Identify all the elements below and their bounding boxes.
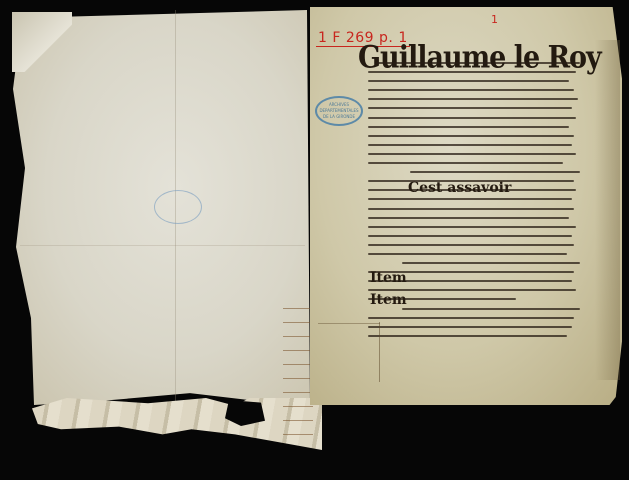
faded-stamp-icon [154, 190, 202, 224]
folded-corner [12, 12, 72, 72]
text-line [368, 326, 572, 328]
text-line [368, 153, 576, 155]
text-line [368, 117, 576, 119]
folio-number: 1 [491, 13, 498, 26]
archive-stamp-icon: ARCHIVES DEPARTEMENTALES DE LA GIRONDE [315, 96, 363, 126]
text-line [368, 80, 569, 82]
text-line [368, 226, 576, 228]
marginal-note [283, 300, 313, 440]
section-label: Cest assavoir [408, 180, 511, 196]
text-line [402, 262, 580, 264]
text-line [368, 198, 572, 200]
horizontal-crease [20, 245, 305, 246]
text-line [368, 317, 574, 319]
text-line [368, 253, 567, 255]
text-line [368, 335, 567, 337]
page-edge-shade [595, 40, 620, 380]
text-line [368, 144, 572, 146]
text-line [368, 107, 572, 109]
text-line [368, 71, 576, 73]
text-line [368, 235, 572, 237]
ruling-line [318, 323, 380, 324]
ruling-line [379, 322, 380, 382]
text-line [368, 135, 574, 137]
text-line [376, 62, 580, 64]
text-line [368, 208, 574, 210]
section-label: Item [370, 270, 407, 286]
text-line [368, 89, 574, 91]
text-line [368, 98, 578, 100]
scan-background: 1 F 269 p. 1 1 Guillaume le Roy ARCHIVES… [0, 0, 629, 480]
text-line [368, 217, 569, 219]
text-line [368, 162, 563, 164]
text-line [402, 308, 580, 310]
text-line [410, 171, 580, 173]
text-line [368, 126, 569, 128]
text-line [368, 244, 574, 246]
torn-bottom-edge [32, 398, 322, 450]
section-label: Item [370, 292, 407, 308]
